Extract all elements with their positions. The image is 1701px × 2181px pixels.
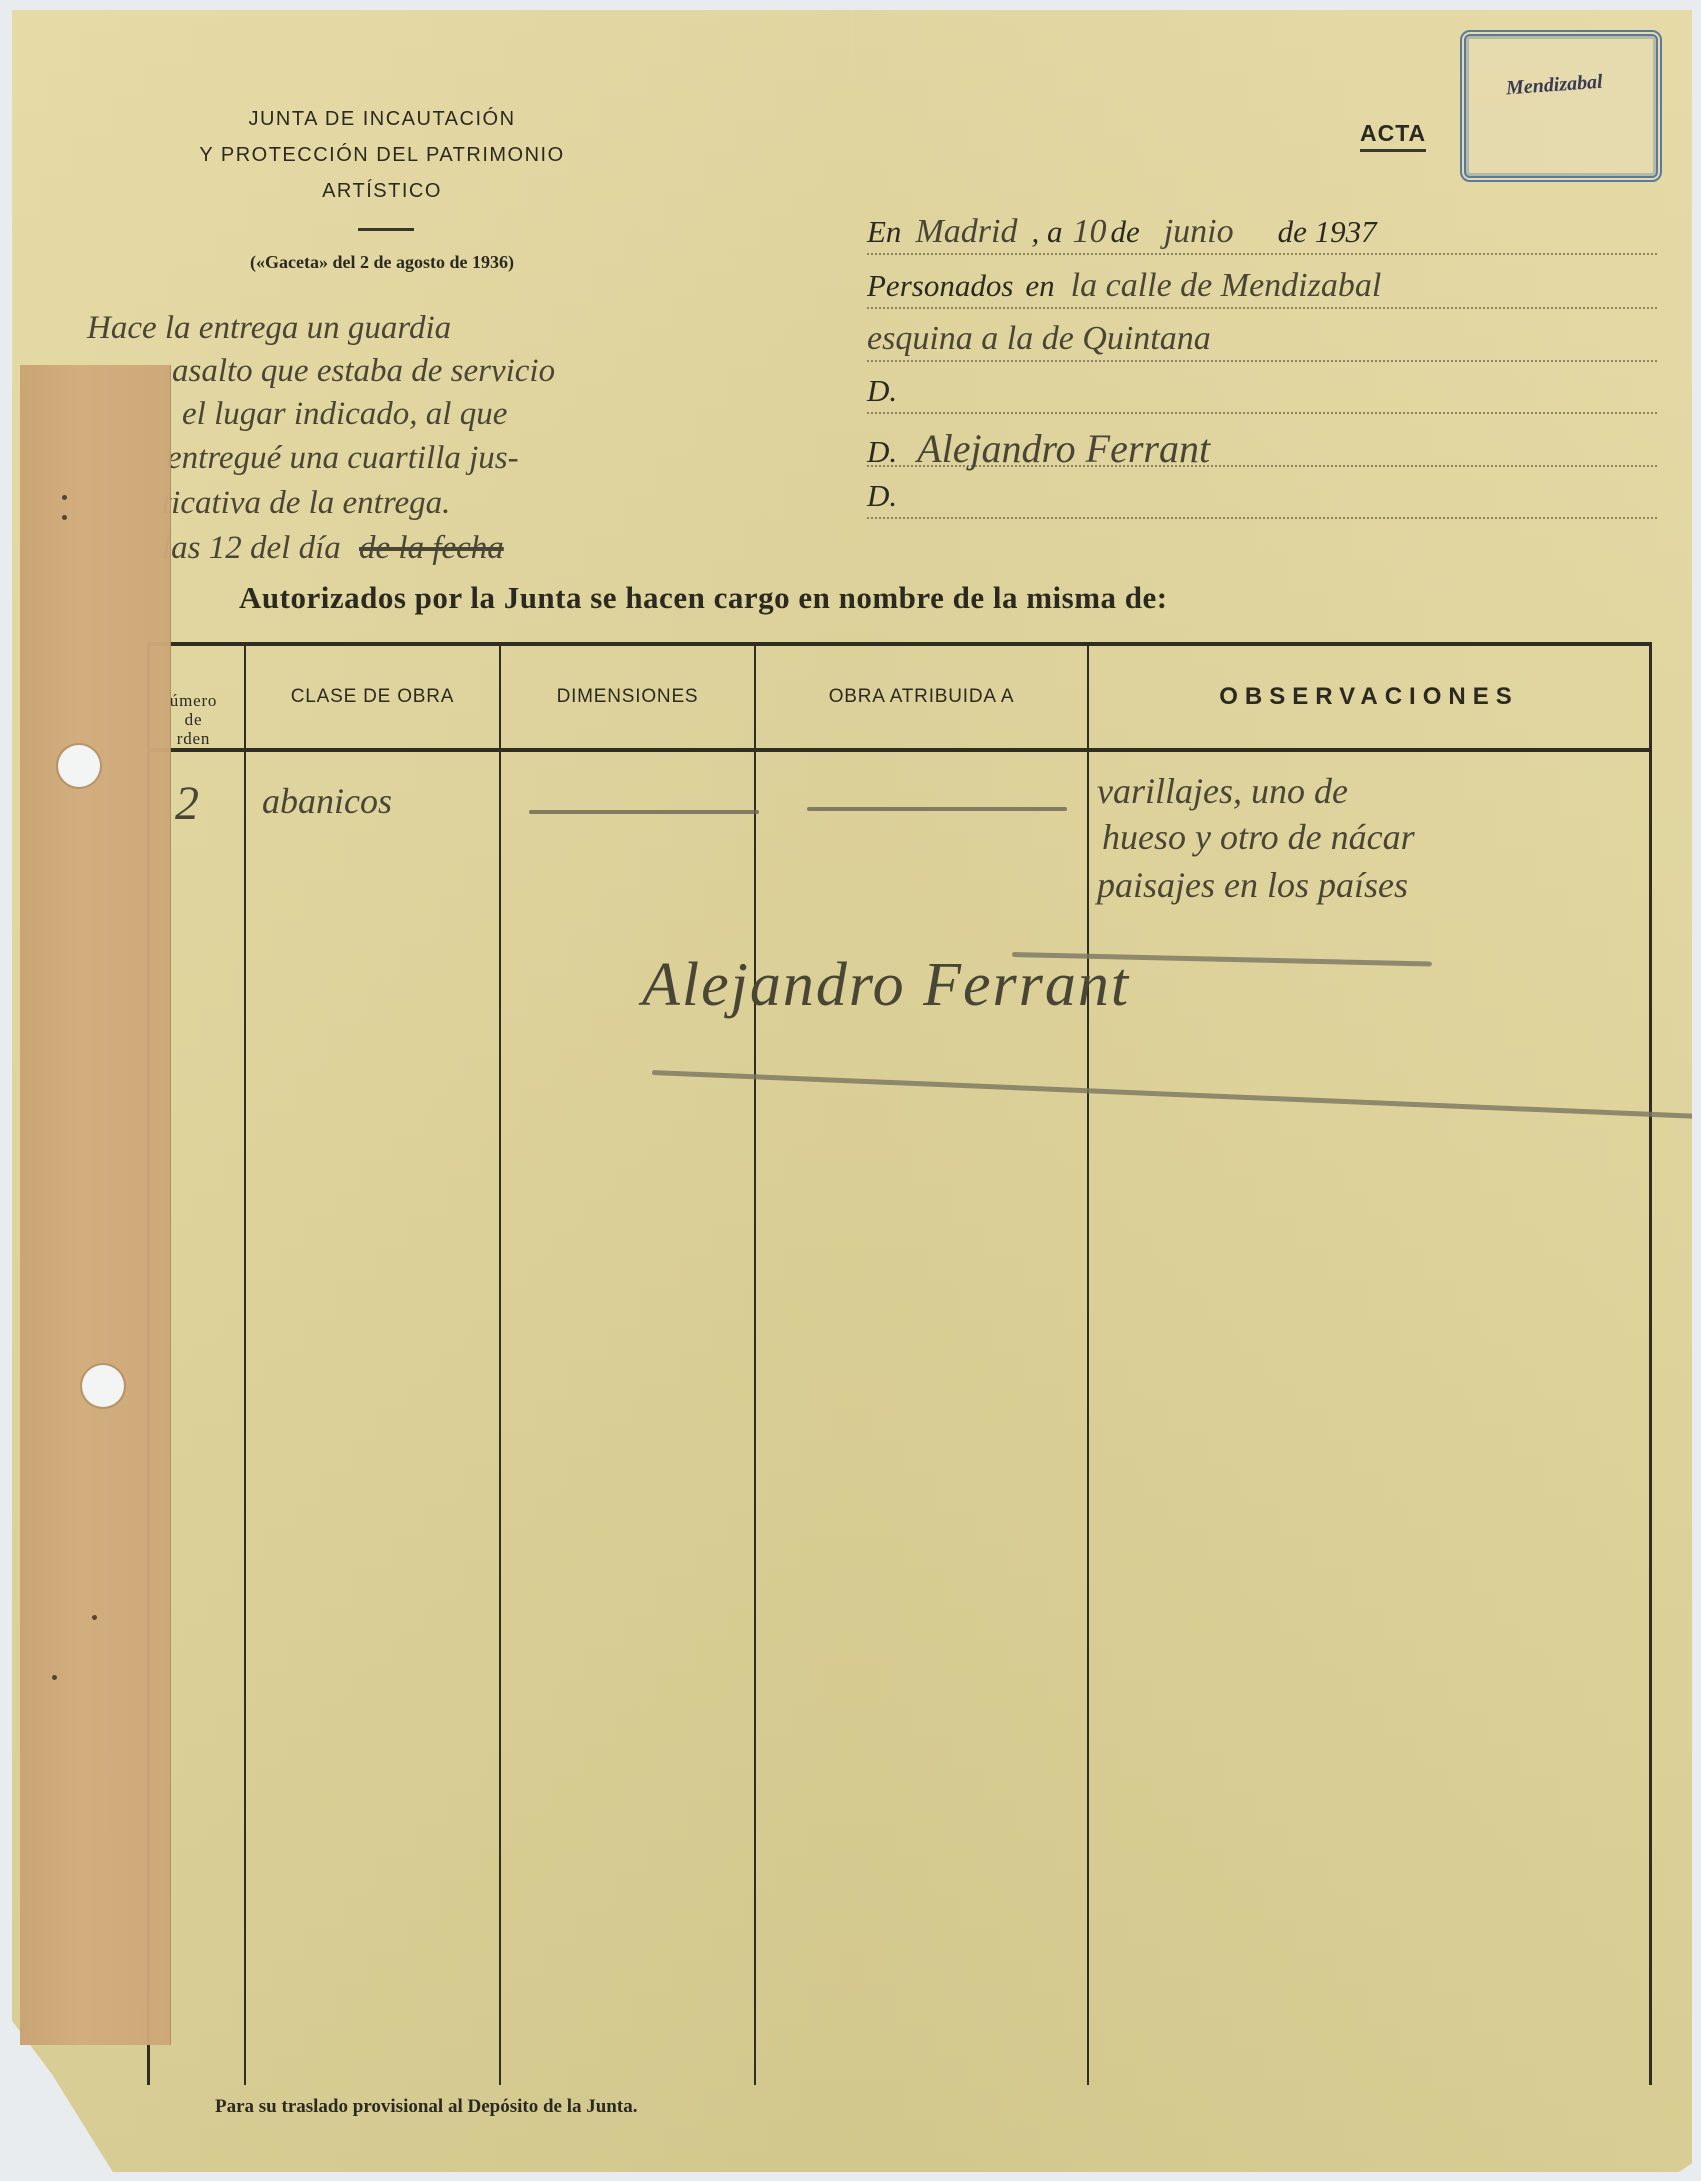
day-field: 10 (1072, 213, 1106, 250)
header-text: de (185, 710, 203, 729)
header-text: rden (177, 729, 210, 748)
punch-hole (82, 1365, 124, 1407)
section-heading: Autorizados por la Junta se hacen cargo … (239, 580, 1168, 616)
document-page: JUNTA DE INCAUTACIÓN Y PROTECCIÓN DEL PA… (12, 10, 1692, 2172)
margin-note-line-6: las 12 del día de la fecha (162, 530, 504, 567)
month-field: junio (1164, 213, 1234, 250)
margin-note-line-1: Hace la entrega un guardia (87, 310, 451, 347)
person-field-2: Alejandro Ferrant (917, 426, 1210, 471)
row-observaciones-line-1: varillajes, uno de (1097, 770, 1348, 812)
date-line: En Madrid , a 10 de junio de 1937 (867, 213, 1657, 255)
margin-note-line-5: ticativa de la entrega. (162, 485, 450, 522)
row-observaciones-line-3: paisajes en los países (1097, 864, 1408, 906)
header-divider (358, 228, 414, 231)
a-label: , a (1031, 214, 1062, 249)
row-dimensiones-dash (529, 810, 759, 814)
d-label: D. (867, 434, 897, 469)
row-clase: abanicos (262, 780, 392, 822)
location-field-2: esquina a la de Quintana (867, 320, 1211, 357)
d-label: D. (867, 373, 897, 408)
d-label: D. (867, 478, 897, 513)
column-divider (754, 646, 756, 2085)
document-type-label: ACTA (1360, 120, 1426, 152)
person-line-1: D. (867, 372, 1657, 414)
ornamental-stamp: Mendizabal (1460, 30, 1662, 182)
en-label-2: en (1025, 268, 1054, 303)
column-divider (244, 646, 246, 2085)
column-divider (499, 646, 501, 2085)
location-field-1: la calle de Mendizabal (1071, 267, 1382, 304)
row-observaciones-line-2: hueso y otro de nácar (1102, 816, 1415, 858)
column-divider (1087, 646, 1089, 2085)
table-header-rule (147, 748, 1652, 752)
table-right-border (1649, 646, 1652, 2085)
gazette-reference: («Gaceta» del 2 de agosto de 1936) (152, 252, 612, 273)
ink-speck (52, 1675, 57, 1680)
punch-hole (58, 745, 100, 787)
person-line-3: D. (867, 477, 1657, 519)
ink-speck (92, 1615, 97, 1620)
de-label: de (1110, 214, 1139, 249)
personados-label: Personados (867, 268, 1013, 303)
row-numero: 2 (175, 776, 199, 831)
inventory-table: úmero de rden CLASE DE OBRA DIMENSIONES … (147, 642, 1652, 2085)
margin-note-struck-text: de la fecha (359, 530, 504, 566)
column-header-clase: CLASE DE OBRA (246, 646, 499, 748)
ink-speck (62, 515, 67, 520)
column-header-atribuida: OBRA ATRIBUIDA A (756, 646, 1087, 748)
margin-note-line-2: asalto que estaba de servicio (172, 353, 555, 390)
stamp-handwriting: Mendizabal (1505, 71, 1603, 101)
header-text: úmero (170, 691, 217, 710)
footer-note: Para su traslado provisional al Depósito… (215, 2096, 637, 2118)
column-header-dimensiones: DIMENSIONES (501, 646, 754, 748)
year-label: de 1937 (1278, 214, 1377, 249)
org-name-line-1: JUNTA DE INCAUTACIÓN (152, 108, 612, 131)
margin-note-line-4: entregué una cuartilla jus- (167, 440, 519, 477)
ink-speck (62, 495, 67, 500)
person-line-2: D. Alejandro Ferrant (867, 425, 1657, 467)
location-line-2: esquina a la de Quintana (867, 320, 1657, 362)
en-label: En (867, 214, 901, 249)
org-name-line-2: Y PROTECCIÓN DEL PATRIMONIO (152, 144, 612, 167)
tape-strip (20, 365, 171, 2045)
city-field: Madrid (915, 213, 1017, 250)
location-line-1: Personados en la calle de Mendizabal (867, 267, 1657, 309)
org-name-line-3: ARTÍSTICO (152, 180, 612, 203)
column-header-observaciones: OBSERVACIONES (1089, 646, 1649, 748)
margin-note-line-3: el lugar indicado, al que (182, 396, 507, 433)
signature: Alejandro Ferrant (642, 950, 1130, 1021)
row-atribuida-dash (807, 807, 1067, 811)
margin-note-time: las 12 del día (162, 530, 341, 566)
